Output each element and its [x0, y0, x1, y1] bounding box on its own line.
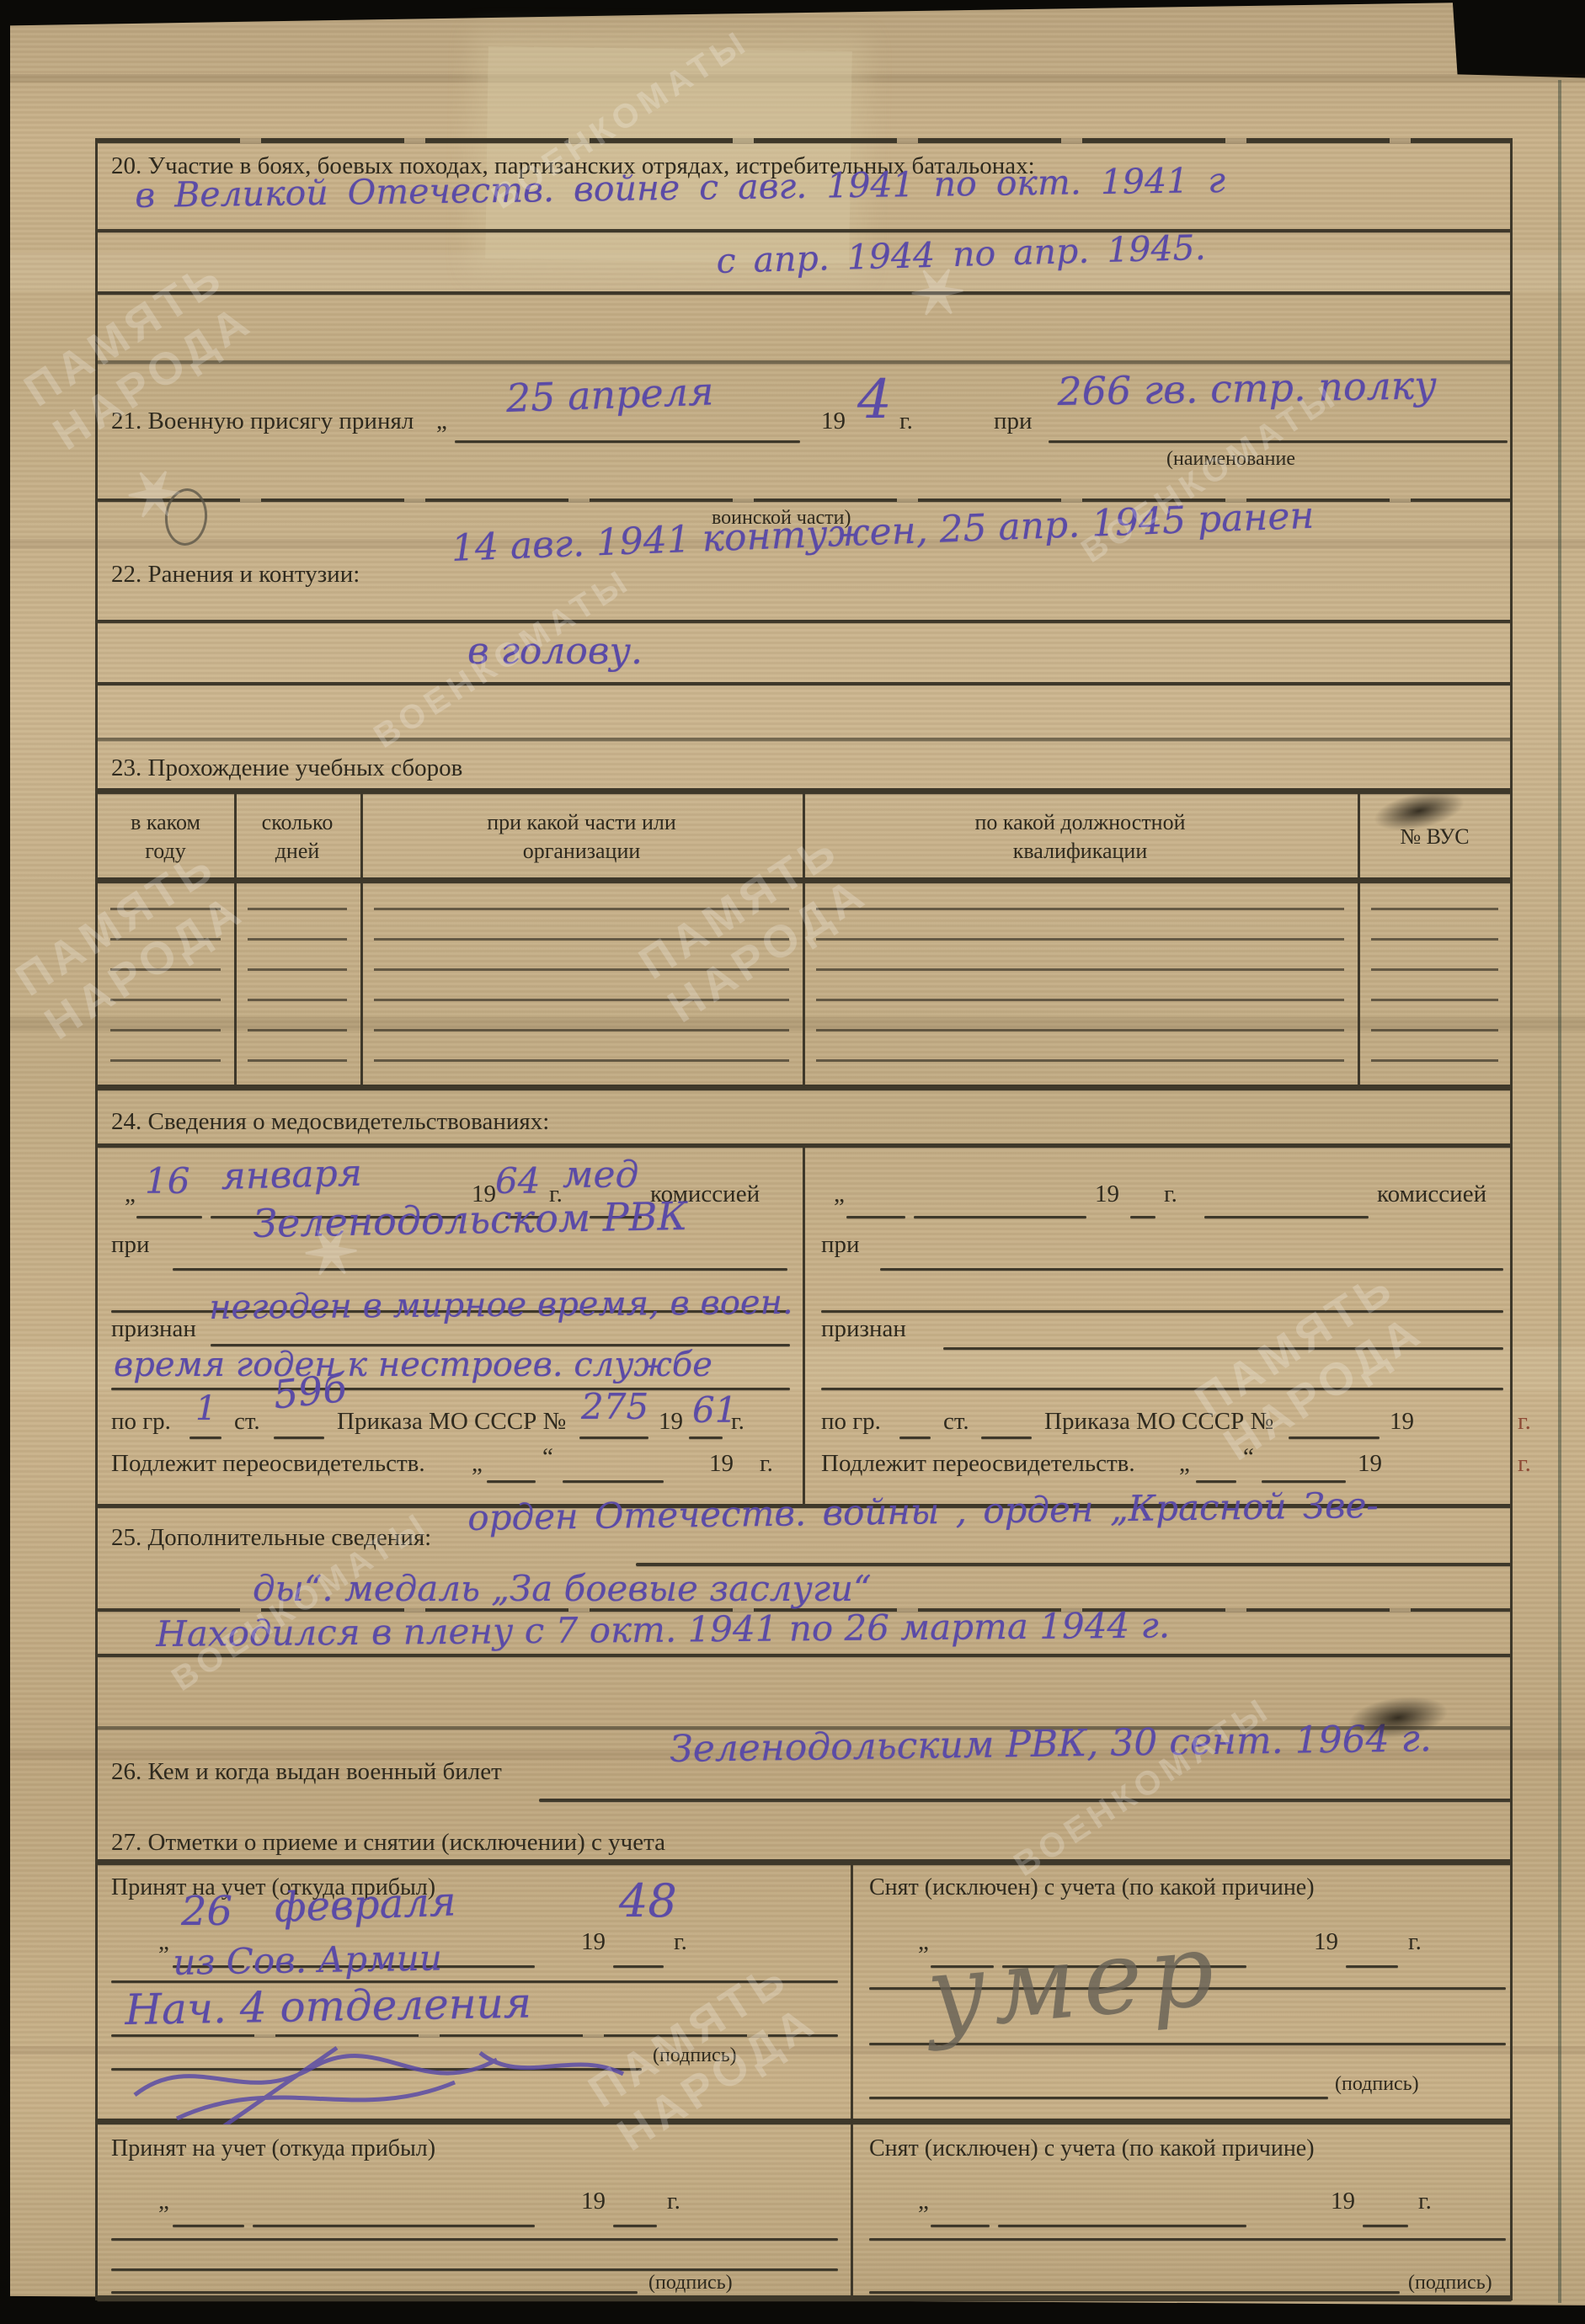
blank-line: [613, 2225, 657, 2227]
open-quote: „: [436, 408, 447, 435]
section24-order-number: 275: [581, 1386, 648, 1427]
open-quote: „: [125, 1181, 136, 1208]
printed-19: 19: [1358, 1450, 1382, 1478]
section21-oath-year: 4: [857, 369, 892, 431]
printed-priznan: признан: [821, 1315, 906, 1343]
blank-line: [869, 2291, 1400, 2294]
rule: [97, 682, 1512, 685]
printed-po-gr: по гр.: [821, 1408, 881, 1436]
open-quote: „: [158, 1928, 169, 1956]
blank-line: [998, 2225, 1246, 2227]
printed-pri: при: [821, 1231, 860, 1259]
section24-exam-day: 16: [145, 1160, 189, 1202]
blank-line: [931, 2225, 990, 2227]
blank-line: [1289, 1437, 1380, 1439]
form-border-right: [1510, 138, 1513, 2300]
printed-19: 19: [821, 408, 846, 435]
section24-exam-month: января: [221, 1152, 363, 1198]
printed-g: г.: [667, 2188, 680, 2215]
section27-remove-header2: Снят (исключен) с учета (по какой причин…: [869, 2135, 1315, 2162]
section23-label: 23. Прохождение учебных сборов: [111, 754, 462, 782]
section24-fitness-line2: время годен к нестроев. службе: [114, 1346, 712, 1384]
section21-oath-date: 25 апреля: [505, 368, 714, 421]
rule: [97, 229, 1512, 232]
table-empty-row: [97, 1029, 1512, 1031]
blank-line: [274, 1437, 324, 1439]
blank-line: [1262, 1480, 1346, 1483]
printed-st: ст.: [234, 1408, 260, 1436]
rule: [97, 360, 1512, 364]
section27-accept-year: 48: [619, 1874, 677, 1927]
printed-g-margin: г.: [1518, 1450, 1531, 1478]
section22-entry-line2: в голову.: [467, 630, 643, 673]
rule: [97, 1654, 1512, 1657]
blank-line: [111, 2268, 838, 2271]
table-empty-row: [97, 938, 1512, 941]
signature-caption: (подпись): [648, 2272, 733, 2295]
blank-line: [1130, 1216, 1155, 1218]
blank-line: [1363, 2225, 1408, 2227]
table-empty-row: [97, 908, 1512, 910]
printed-prikaz: Приказа МО СССР №: [1044, 1408, 1273, 1436]
signature-scrawl: [118, 2036, 758, 2124]
printed-st: ст.: [943, 1408, 969, 1436]
printed-19: 19: [1314, 1928, 1338, 1956]
blank-line: [111, 2238, 838, 2241]
printed-g: г.: [1164, 1181, 1177, 1208]
blank-line: [880, 1268, 1503, 1271]
blank-line: [539, 1799, 1512, 1802]
column-header-year: в каком году: [97, 808, 234, 866]
section24-article: 59б: [271, 1365, 349, 1418]
section25-label: 25. Дополнительные сведения:: [111, 1524, 431, 1552]
section21-label: 21. Военную присягу принял: [111, 408, 414, 435]
printed-prikaz: Приказа МО СССР №: [337, 1408, 566, 1436]
column-header-days: сколько дней: [234, 808, 360, 866]
open-quote: „: [472, 1450, 483, 1478]
section26-label: 26. Кем и когда выдан военный билет: [111, 1758, 502, 1786]
printed-pri: при: [111, 1231, 150, 1259]
rule: [97, 1859, 1512, 1865]
open-quote: „: [158, 2188, 169, 2215]
close-quote: “: [1243, 1443, 1254, 1471]
section24-label: 24. Сведения о медосвидетельствованиях:: [111, 1108, 549, 1136]
printed-19: 19: [1095, 1181, 1119, 1208]
open-quote: „: [834, 1181, 845, 1208]
blank-line: [846, 1216, 905, 1218]
section24-commission-place: Зеленодольском РВК: [253, 1193, 687, 1246]
printed-19: 19: [1390, 1408, 1414, 1436]
blank-line: [613, 1965, 664, 1968]
table-empty-row: [97, 999, 1512, 1001]
blank-line: [1196, 1480, 1236, 1483]
blank-line: [689, 1437, 723, 1439]
section24-order-year: 61: [692, 1389, 737, 1431]
printed-g: г.: [674, 1928, 687, 1956]
printed-commission: комиссией: [1377, 1181, 1486, 1208]
blank-line: [899, 1437, 931, 1439]
table-border-bottom: [97, 1085, 1512, 1090]
section22-label: 22. Ранения и контузии:: [111, 561, 360, 589]
section27-accept-header2: Принят на учет (откуда прибыл): [111, 2135, 435, 2162]
printed-19: 19: [709, 1450, 734, 1478]
blank-line: [136, 1216, 202, 1218]
printed-g: г.: [899, 408, 913, 435]
printed-g: г.: [1408, 1928, 1422, 1956]
printed-19: 19: [659, 1408, 683, 1436]
section24-column-divider: [803, 1147, 805, 1504]
blank-line: [189, 1437, 221, 1439]
blank-line: [455, 440, 800, 443]
blank-line: [173, 2225, 244, 2227]
blank-line: [563, 1480, 664, 1483]
blank-line: [1346, 1965, 1398, 1968]
column-header-unit: при какой части или организации: [360, 808, 803, 866]
blank-line: [943, 1347, 1503, 1350]
printed-priznan: признан: [111, 1315, 196, 1343]
rule: [97, 620, 1512, 623]
open-quote: „: [1179, 1450, 1190, 1478]
section27-accept-officer: Нач. 4 отделения: [125, 1979, 531, 2034]
table-empty-row: [97, 1059, 1512, 1062]
signature-caption: (подпись): [1335, 2073, 1419, 2096]
printed-g: г.: [1418, 2188, 1432, 2215]
blank-line: [821, 1388, 1503, 1390]
blank-line: [981, 1437, 1032, 1439]
column-header-qualification: по какой должностной квалификации: [803, 808, 1358, 866]
blank-line: [869, 2238, 1506, 2241]
printed-re-exam: Подлежит переосвидетельств.: [111, 1450, 425, 1478]
blank-line: [869, 2097, 1328, 2099]
blank-line: [253, 2225, 535, 2227]
section27-remove-header: Снят (исключен) с учета (по какой причин…: [869, 1874, 1315, 1901]
blank-line: [111, 2291, 638, 2294]
printed-po-gr: по гр.: [111, 1408, 171, 1436]
section27-accept-day: 26: [181, 1888, 232, 1935]
printed-g-margin: г.: [1518, 1408, 1531, 1436]
section25-entry-line3: Находился в плену с 7 окт. 1941 по 26 ма…: [156, 1604, 1170, 1655]
blank-line: [821, 1310, 1503, 1313]
printed-19: 19: [581, 1928, 606, 1956]
signature-caption: (подпись): [1408, 2272, 1492, 2295]
printed-pri: при: [994, 408, 1033, 435]
blank-line: [1049, 440, 1508, 443]
section27-accept-from: из Сов. Армии: [173, 1937, 442, 1983]
printed-19: 19: [1331, 2188, 1355, 2215]
form-border-bottom: [97, 2295, 1512, 2301]
scanned-military-record-page: { "watermarks": {"memory": "ПАМЯТЬ\nНАРО…: [0, 0, 1585, 2324]
form-border-top: [97, 138, 1512, 143]
section21-unit: 266 гв. стр. полку: [1057, 362, 1437, 414]
printed-19: 19: [581, 2188, 606, 2215]
page-fold-edge: [1558, 80, 1561, 2303]
section27-accept-month: февраля: [274, 1878, 456, 1931]
section21-caption1: (наименование: [1166, 448, 1295, 471]
section24-fitness-line1: негоден в мирное время, в воен.: [209, 1283, 793, 1327]
printed-re-exam: Подлежит переосвидетельств.: [821, 1450, 1135, 1478]
rule: [97, 291, 1512, 295]
section25-entry-line2: ды“. медаль „За боевые заслуги“: [253, 1568, 872, 1609]
blank-line: [1204, 1216, 1369, 1218]
blank-line: [579, 1437, 648, 1439]
section24-commission-type: мед: [563, 1154, 638, 1197]
table-header-row: в каком году сколько дней при какой част…: [97, 798, 1512, 876]
section27-column-divider: [851, 1863, 853, 2295]
section27-label: 27. Отметки о приеме и снятии (исключени…: [111, 1829, 665, 1857]
close-quote: “: [542, 1443, 553, 1471]
open-quote: „: [918, 2188, 929, 2215]
blank-line: [173, 1268, 787, 1271]
blank-line: [914, 1216, 1086, 1218]
form-border-left: [95, 138, 98, 2300]
printed-g: г.: [760, 1450, 773, 1478]
blank-line: [487, 1480, 536, 1483]
section24-group: 1: [195, 1389, 216, 1428]
rule: [636, 1563, 1512, 1566]
table-empty-row: [97, 968, 1512, 971]
rule: [97, 738, 1512, 741]
